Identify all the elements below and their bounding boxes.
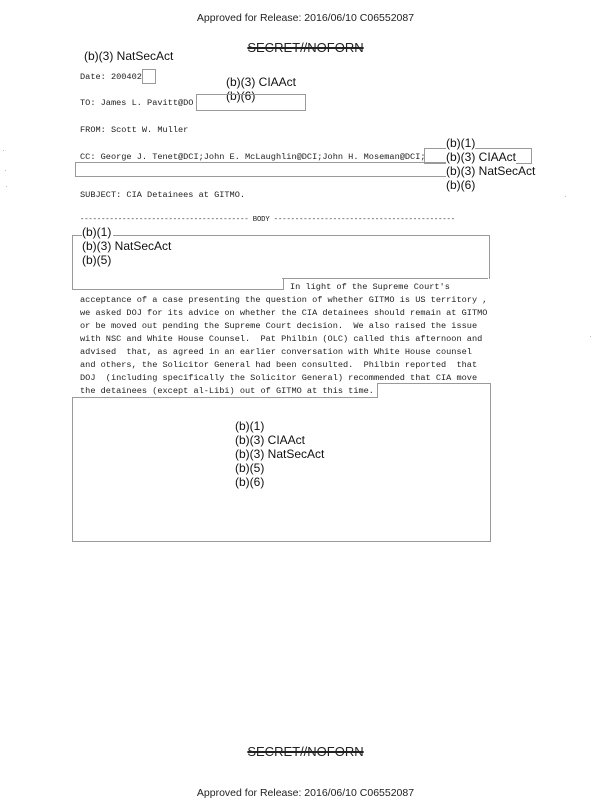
memo-cc: CC: George J. Tenet@DCI;John E. McLaughl…	[80, 152, 426, 162]
redaction-label-body-bottom-1: (b)(1)	[235, 420, 264, 434]
redaction-label-body-bottom-2: (b)(3) CIAAct	[235, 434, 305, 448]
redaction-label-body-top-2: (b)(3) NatSecAct	[82, 240, 171, 254]
memo-from: FROM: Scott W. Muller	[80, 125, 188, 135]
redaction-label-cc-4: (b)(6)	[446, 179, 475, 193]
classification-header-text: SECRET//NOFORN	[247, 40, 363, 55]
redaction-label-body-bottom-5: (b)(6)	[235, 476, 264, 490]
redaction-box-body-bottom-head	[377, 383, 491, 398]
redaction-label-to-1: (b)(3) CIAAct	[226, 76, 296, 90]
redaction-label-cc-2: (b)(3) CIAAct	[446, 151, 516, 165]
redaction-label-body-top-3: (b)(5)	[82, 254, 111, 268]
body-divider: ----------------------------------------…	[80, 216, 455, 224]
scan-speck	[565, 196, 566, 197]
redaction-label-cc-3: (b)(3) NatSecAct	[446, 165, 535, 179]
redaction-label-cc-1: (b)(1)	[446, 137, 475, 151]
approved-for-release-header: Approved for Release: 2016/06/10 C065520…	[0, 12, 611, 24]
approved-for-release-footer: Approved for Release: 2016/06/10 C065520…	[0, 787, 611, 799]
redaction-box-body-bottom	[72, 397, 491, 542]
classification-footer-text: SECRET//NOFORN	[247, 744, 363, 759]
classification-footer: SECRET//NOFORN	[0, 744, 611, 759]
body-line-4: or be moved out pending the Supreme Cour…	[80, 320, 477, 333]
redaction-box-to	[196, 94, 306, 111]
body-line-3: we asked DOJ for its advice on whether t…	[80, 307, 487, 320]
memo-subject: SUBJECT: CIA Detainees at GITMO.	[80, 190, 245, 200]
redaction-box-body-top-tail	[72, 278, 284, 290]
scan-speck	[590, 336, 591, 337]
redaction-label-top-left: (b)(3) NatSecAct	[84, 50, 173, 64]
memo-date: Date: 200402	[80, 72, 142, 82]
redaction-box-date	[142, 69, 156, 84]
redaction-label-body-bottom-3: (b)(3) NatSecAct	[235, 448, 324, 462]
body-line-6: advised that, as agreed in an earlier co…	[80, 346, 472, 359]
body-line-5: with NSC and White House Counsel. Pat Ph…	[80, 333, 482, 346]
redaction-box-body-top-step	[282, 278, 488, 279]
scan-speck	[5, 170, 6, 171]
body-line-2: acceptance of a case presenting the ques…	[80, 294, 487, 307]
memo-to: TO: James L. Pavitt@DO	[80, 98, 193, 108]
body-line-7: and others, the Solicitor General had be…	[80, 359, 477, 372]
redaction-box-cc-2	[75, 162, 449, 177]
scan-speck	[6, 186, 7, 187]
redaction-label-body-top-1: (b)(1)	[82, 226, 113, 240]
body-line-1: In light of the Supreme Court's	[290, 281, 450, 294]
scan-speck	[3, 150, 4, 151]
redaction-label-body-bottom-4: (b)(5)	[235, 462, 264, 476]
